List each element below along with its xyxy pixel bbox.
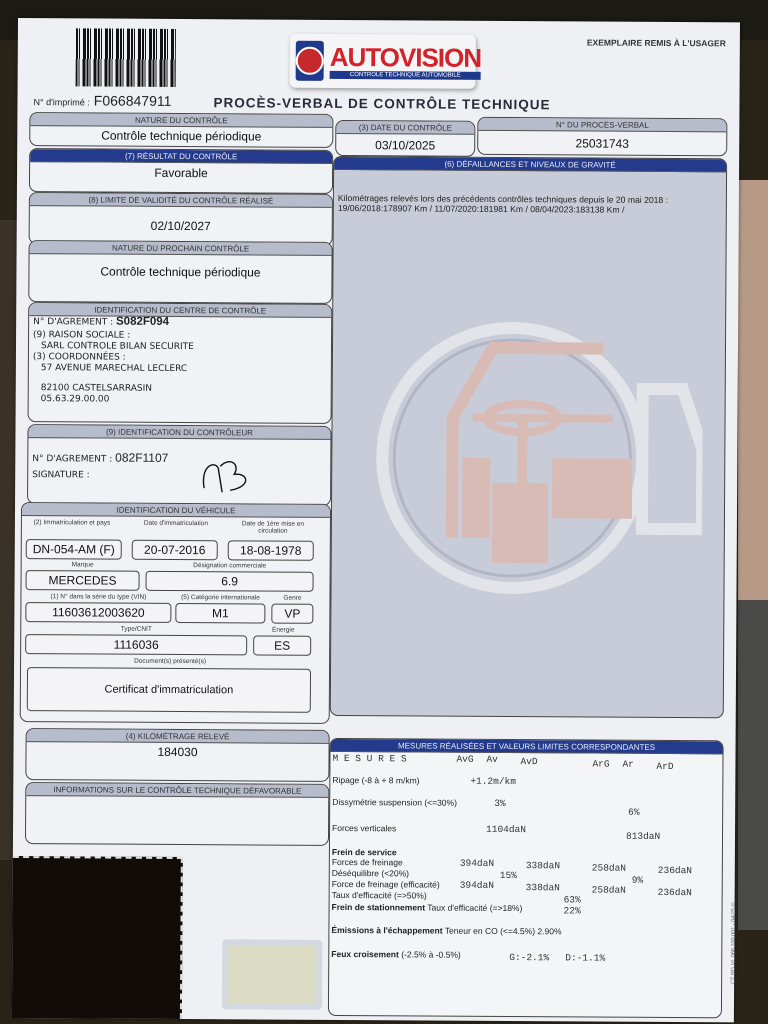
result-box: (7) RÉSULTAT DU CONTRÔLE Favorable <box>29 148 333 194</box>
designation-value: 6.9 <box>146 571 314 592</box>
stationnement-label: Frein de stationnement <box>332 902 426 913</box>
report-number-box: N° DU PROCÈS-VERBAL 25031743 <box>477 117 727 157</box>
mileage-history-values: 19/06/2018:178907 Km / 11/07/2020:181981… <box>338 203 668 215</box>
control-date-label: (3) DATE DU CONTRÔLE <box>336 121 474 135</box>
mileage-value: 184030 <box>26 742 328 760</box>
documents-label: Document(s) présenté(s) <box>25 657 315 666</box>
col-arg: ArG <box>592 759 609 770</box>
barcode <box>76 28 176 87</box>
center-agrement-label: N° D'AGREMENT : <box>33 317 113 327</box>
genre-label: Genre <box>271 595 313 602</box>
category-value: M1 <box>175 603 265 624</box>
form-reference: CT RG VL 066 100 001 - 04/25 © <box>730 902 736 983</box>
report-number-value: 25031743 <box>478 131 726 152</box>
print-number: N° d'imprimé :F066847911 <box>33 92 171 109</box>
logo-subtitle: CONTROLE TECHNIQUE AUTOMOBILE <box>330 71 481 80</box>
ripage-value: +1.2m/km <box>470 776 516 787</box>
center-phone: 05.63.29.00.00 <box>33 394 327 407</box>
control-date-box: (3) DATE DU CONTRÔLE 03/10/2025 <box>335 120 475 157</box>
desequilibre-label: Déséquilibre (<20%) <box>332 868 409 878</box>
force-efficacite-label: Force de freinage (efficacité) <box>332 879 440 890</box>
vehicle-box: IDENTIFICATION DU VÉHICULE (2) Immatricu… <box>20 502 331 724</box>
emissions-label: Émissions à l'échappement <box>331 925 442 936</box>
vin-label: (1) N° dans la série du type (VIN) <box>25 593 171 601</box>
controller-box: (9) IDENTIFICATION DU CONTRÔLEUR N° D'AG… <box>27 424 331 506</box>
defects-label: (6) DÉFAILLANCES ET NIVEAUX DE GRAVITÉ <box>334 157 726 172</box>
defects-panel: (6) DÉFAILLANCES ET NIVEAUX DE GRAVITÉ K… <box>330 156 727 718</box>
controller-agrement-label: N° D'AGREMENT : <box>32 454 112 464</box>
brand-value: MERCEDES <box>26 570 140 591</box>
mileage-box: (4) KILOMÉTRAGE RELEVÉ 184030 <box>25 728 329 782</box>
next-control-value: Contrôle technique périodique <box>29 254 331 280</box>
control-type-value: Contrôle technique périodique <box>30 126 332 144</box>
controller-agrement-value: 082F1107 <box>115 451 168 465</box>
force-efficacite-ard: 236daN <box>658 887 692 898</box>
col-avg: AvG <box>456 754 473 765</box>
registration-date-value: 20-07-2016 <box>132 540 218 561</box>
autovision-logo: AUTOVISION CONTROLE TECHNIQUE AUTOMOBILE <box>290 34 476 89</box>
col-ard: ArD <box>656 761 673 772</box>
measurements-panel: MESURES RÉALISÉES ET VALEURS LIMITES COR… <box>328 738 724 1018</box>
force-efficacite-avd: 338daN <box>526 882 560 893</box>
frein-service-label: Frein de service <box>332 847 397 857</box>
emissions-co-value: 2.90% <box>537 926 561 936</box>
validity-limit-value: 02/10/2027 <box>30 206 332 234</box>
emissions-co-label: Teneur en CO (<=4.5%) <box>445 926 535 937</box>
energy-label: Énergie <box>253 626 313 633</box>
forces-verticales-ar: 813daN <box>626 831 660 842</box>
force-efficacite-avg: 394daN <box>460 880 494 891</box>
signature-label: SIGNATURE : <box>28 464 330 482</box>
designation-label: Désignation commerciale <box>146 562 314 570</box>
feux-droite: D:-1.1% <box>565 952 605 963</box>
dissymetrie-av: 3% <box>494 798 505 809</box>
forces-freinage-ard: 236daN <box>658 865 692 876</box>
feux-gauche: G:-2.1% <box>509 952 549 963</box>
unfavorable-info-label: INFORMATIONS SUR LE CONTRÔLE TECHNIQUE D… <box>26 783 328 798</box>
col-av: Av <box>486 754 497 765</box>
signature-scribble <box>200 456 260 496</box>
control-date-value: 03/10/2025 <box>336 134 474 153</box>
measurements-title: M E S U R E S <box>332 753 406 764</box>
genre-value: VP <box>271 604 313 624</box>
feux-label: Feux croisement <box>331 949 399 959</box>
result-value: Favorable <box>30 162 332 181</box>
copy-label: EXEMPLAIRE REMIS À L'USAGER <box>587 37 726 48</box>
first-circulation-value: 18-08-1978 <box>228 540 314 561</box>
registration-date-label: Date d'immatriculation <box>132 520 220 528</box>
print-number-value: F066847911 <box>94 92 172 108</box>
print-number-label: N° d'imprimé : <box>33 97 89 107</box>
type-label: Type/CNIT <box>25 625 247 633</box>
dissymetrie-ar: 6% <box>628 807 639 818</box>
control-report-document: AUTOVISION CONTROLE TECHNIQUE AUTOMOBILE… <box>12 18 740 1022</box>
category-label: (5) Catégorie internationale <box>175 594 265 602</box>
unfavorable-info-box: INFORMATIONS SUR LE CONTRÔLE TECHNIQUE D… <box>25 782 329 846</box>
center-address-line1: 57 AVENUE MARECHAL LECLERC <box>33 363 327 376</box>
mileage-history: Kilométrages relevés lors des précédents… <box>338 193 668 215</box>
forces-freinage-avg: 394daN <box>460 858 494 869</box>
registration-value: DN-054-AM (F) <box>26 539 122 560</box>
stationnement-taux-value: 22% <box>564 905 581 916</box>
feux-range: (-2.5% à -0.5%) <box>401 949 461 959</box>
documents-value: Certificat d'immatriculation <box>27 667 311 713</box>
taux-efficacite-label: Taux d'efficacité (=>50%) <box>332 890 427 901</box>
logo-name: AUTOVISION <box>330 43 481 72</box>
background-right-lower <box>738 600 768 930</box>
dissymetrie-label: Dissymétrie suspension (<=30%) <box>332 797 457 808</box>
vehicle-label: IDENTIFICATION DU VÉHICULE <box>22 503 330 518</box>
control-center-box: IDENTIFICATION DU CENTRE DE CONTRÔLE N° … <box>28 302 333 424</box>
forces-freinage-label: Forces de freinage <box>332 857 403 867</box>
registration-label: (2) Immatriculation et pays <box>24 519 120 527</box>
validity-limit-box: (8) LIMITE DE VALIDITÉ DU CONTRÔLE RÉALI… <box>29 192 333 246</box>
energy-value: ES <box>253 635 311 655</box>
force-efficacite-arg: 258daN <box>592 885 626 896</box>
measurements-label: MESURES RÉALISÉES ET VALEURS LIMITES COR… <box>331 739 723 754</box>
next-control-box: NATURE DU PROCHAIN CONTRÔLE Contrôle tec… <box>28 240 332 304</box>
brand-label: Marque <box>26 561 140 569</box>
first-circulation-label: Date de 1ère mise en circulation <box>228 520 318 535</box>
type-value: 1116036 <box>25 634 247 655</box>
taux-efficacite-value: 63% <box>564 894 581 905</box>
desequilibre-ar: 9% <box>632 875 643 886</box>
control-type-box: NATURE DU CONTRÔLE Contrôle technique pé… <box>29 112 333 148</box>
background-through-cutout <box>12 856 183 1019</box>
forces-verticales-label: Forces verticales <box>332 823 396 833</box>
adhesive-sticker <box>222 939 322 1010</box>
center-agrement-value: S082F094 <box>116 316 169 328</box>
vin-value: 11603612003620 <box>25 602 171 623</box>
col-ar: Ar <box>622 759 633 770</box>
forces-freinage-arg: 258daN <box>592 863 626 874</box>
ripage-label: Ripage (-8 à + 8 m/km) <box>332 775 419 786</box>
autovision-watermark-icon <box>361 307 703 609</box>
stationnement-taux-label: Taux d'efficacité (=>18%) <box>427 903 522 914</box>
desequilibre-av: 15% <box>500 870 517 881</box>
col-avd: AvD <box>520 756 537 767</box>
background-right <box>738 180 768 600</box>
document-title: PROCÈS-VERBAL DE CONTRÔLE TECHNIQUE <box>213 95 550 112</box>
forces-verticales-av: 1104daN <box>486 824 526 835</box>
car-inspection-icon <box>296 41 324 81</box>
forces-freinage-avd: 338daN <box>526 860 560 871</box>
